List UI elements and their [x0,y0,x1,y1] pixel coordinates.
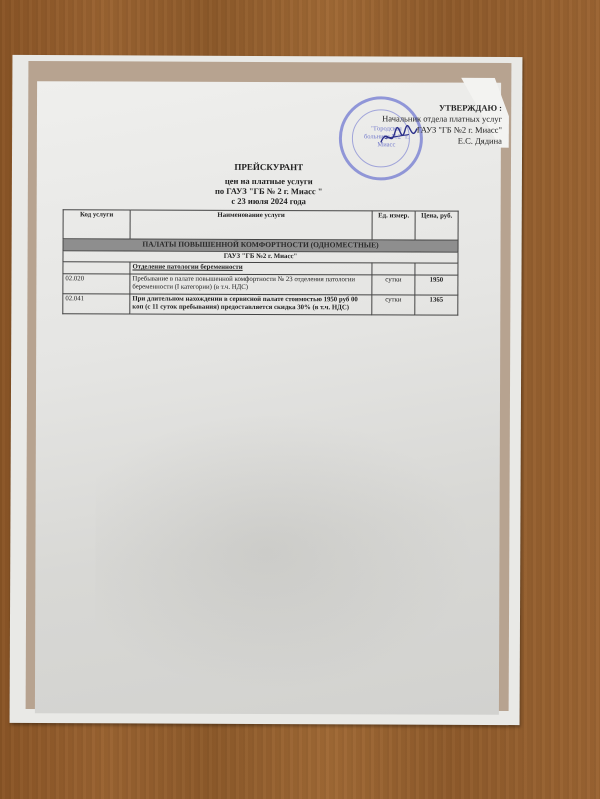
row-unit: сутки [372,294,415,314]
table-row: 02.041 При длительном нахождении в серви… [63,293,458,314]
approval-block: УТВЕРЖДАЮ : Начальник отдела платных усл… [327,102,502,147]
document-date: с 23 июля 2024 года [37,195,501,207]
table-row: 02.020 Пребывание в палате повышенной ко… [63,273,458,294]
approval-signatory: Е.С. Дядина [327,135,502,147]
price-table: Код услуги Наименование услуги Ед. измер… [62,209,458,315]
header-name: Наименование услуги [130,210,372,240]
row-unit: сутки [372,274,415,294]
department-unit-empty [372,263,415,275]
approval-position: Начальник отдела платных услуг [327,113,502,125]
header-unit: Ед. измер. [372,211,415,240]
header-code: Код услуги [63,210,130,239]
approval-organization: ГАУЗ "ГБ №2 г. Миасс" [327,124,502,136]
table-header-row: Код услуги Наименование услуги Ед. измер… [63,210,458,240]
row-name: Пребывание в палате повышенной комфортно… [130,274,372,295]
department-price-empty [415,263,458,275]
document-title-block: ПРЕЙСКУРАНТ цен на платные услуги по ГАУ… [37,161,501,207]
price-list-sheet: "Городская больница №2" г. Миасс УТВЕРЖД… [35,81,501,715]
row-name: При длительном нахождении в сервисной па… [130,294,372,315]
row-price: 1950 [415,275,458,295]
approval-title: УТВЕРЖДАЮ : [327,102,502,114]
row-code: 02.020 [63,273,130,293]
row-price: 1365 [415,295,458,315]
department-title: Отделение патологии беременности [130,262,372,274]
document-heading: ПРЕЙСКУРАНТ [37,161,501,173]
reflection-shadow [95,411,476,692]
row-code: 02.041 [63,293,130,313]
department-code-empty [63,262,130,274]
header-price: Цена, руб. [415,211,458,240]
